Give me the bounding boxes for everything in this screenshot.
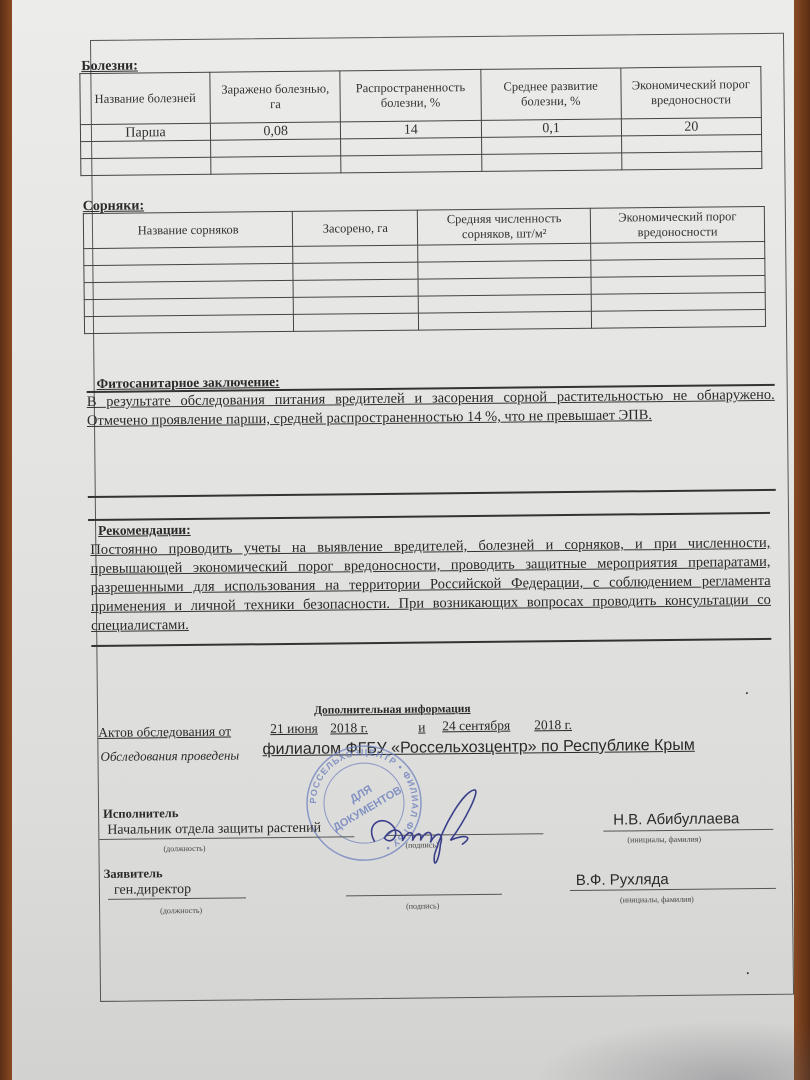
header-cell: Распространенность болезни, % xyxy=(340,69,481,121)
act-year-1: 2018 г. xyxy=(330,720,368,736)
diseases-table: Название болезней Заражено болезнью, га … xyxy=(79,66,762,176)
executor-label: Исполнитель xyxy=(103,806,178,822)
form-frame: Болезни: Название болезней Заражено боле… xyxy=(90,33,794,1002)
recommendations-text: Постоянно проводить учеты на выявление в… xyxy=(90,534,771,636)
additional-info-title: Дополнительная информация xyxy=(314,703,471,717)
cell xyxy=(84,280,294,299)
cell xyxy=(84,297,294,316)
header-cell: Название болезней xyxy=(80,72,211,124)
cell xyxy=(591,241,765,260)
cell xyxy=(591,292,765,311)
header-cell: Экономический порог вредоносности xyxy=(590,206,764,243)
infected-area: 0,08 xyxy=(211,122,341,140)
applicant-signature-line xyxy=(346,894,502,897)
applicant-signature-caption: (подпись) xyxy=(406,901,439,910)
cell xyxy=(481,153,621,171)
executor-name: Н.В. Абибуллаева xyxy=(613,810,739,828)
cell xyxy=(481,136,621,154)
recommendations-bottom-rule xyxy=(91,638,771,647)
header-cell: Засорено, га xyxy=(293,210,418,246)
executor-signature-icon xyxy=(354,782,515,874)
cell xyxy=(418,260,591,279)
recommendations-top-rule xyxy=(88,512,770,521)
cell xyxy=(81,140,211,158)
disease-name: Парша xyxy=(80,123,210,141)
cell xyxy=(294,296,419,314)
applicant-position: ген.директор xyxy=(114,882,191,899)
applicant-position-caption: (должность) xyxy=(160,906,202,915)
header-cell: Заражено болезнью, га xyxy=(210,71,341,123)
cell xyxy=(341,154,481,172)
header-cell: Средняя численность сорняков, шт/м² xyxy=(418,208,591,245)
conducted-label: Обследования проведены xyxy=(100,747,239,764)
photo-shadow xyxy=(532,1020,810,1080)
header-cell: Название сорняков xyxy=(83,211,293,248)
executor-position-caption: (должность) xyxy=(163,844,205,853)
table-surface-left xyxy=(0,0,12,1080)
avg-development: 0,1 xyxy=(481,119,621,137)
applicant-label: Заявитель xyxy=(104,866,163,882)
cell xyxy=(591,309,765,328)
prevalence: 14 xyxy=(341,120,481,138)
act-date-2: 24 сентября xyxy=(442,718,510,735)
recommendations-title: Рекомендации: xyxy=(98,522,191,539)
cell xyxy=(621,134,761,152)
cell xyxy=(293,262,418,280)
cell xyxy=(81,157,211,175)
weeds-table: Название сорняков Засорено, га Средняя ч… xyxy=(83,206,766,334)
executor-name-line xyxy=(603,829,773,832)
cell xyxy=(211,139,341,157)
applicant-name: В.Ф. Рухляда xyxy=(576,871,669,889)
cell xyxy=(591,275,765,294)
cell xyxy=(591,258,765,277)
cell xyxy=(419,311,592,330)
act-year-2: 2018 г. xyxy=(534,717,572,733)
cell xyxy=(418,243,591,262)
cell xyxy=(418,277,591,296)
cell xyxy=(211,156,341,174)
cell xyxy=(621,151,761,169)
cell xyxy=(418,294,591,313)
header-cell: Экономический порог вредоносности xyxy=(621,66,762,118)
table-surface-right xyxy=(794,0,810,1080)
speck xyxy=(747,972,749,974)
conclusion-title: Фитосанитарное заключение: xyxy=(97,374,280,392)
applicant-name-caption: (инициалы, фамилия) xyxy=(620,895,694,905)
cell xyxy=(84,263,294,282)
table-header-row: Название болезней Заражено болезнью, га … xyxy=(80,66,761,124)
cell xyxy=(84,314,294,333)
cell xyxy=(84,246,294,265)
threshold: 20 xyxy=(621,117,761,135)
act-date-1: 21 июня xyxy=(270,721,318,737)
cell xyxy=(341,137,481,155)
conclusion-text: В результате обследования питания вредит… xyxy=(87,386,775,431)
speck xyxy=(746,692,748,694)
conjunction: и xyxy=(418,720,425,736)
cell xyxy=(294,313,419,331)
cell xyxy=(293,245,418,263)
applicant-position-line xyxy=(108,897,246,899)
executor-name-caption: (инициалы, фамилия) xyxy=(627,835,701,845)
conclusion-bottom-rule xyxy=(88,489,776,498)
cell xyxy=(293,279,418,297)
acts-label: Актов обследования от xyxy=(98,724,231,741)
header-cell: Среднее развитие болезни, % xyxy=(480,68,621,120)
